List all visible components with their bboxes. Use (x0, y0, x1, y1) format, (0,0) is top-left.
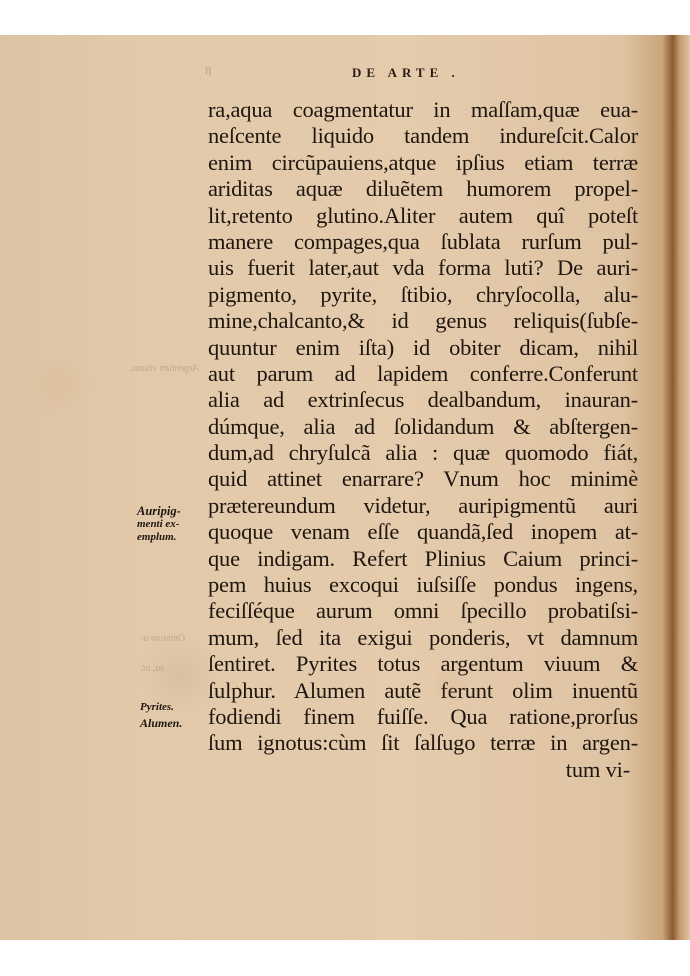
margin-note-line: emplum. (137, 531, 181, 544)
margin-note-pyrites: Pyrites. (140, 701, 174, 714)
text-line: que indigam. Refert Plinius Caium princi… (208, 546, 638, 572)
text-line: mine,chalcanto,& id genus reliquis(ſubſe… (208, 308, 638, 334)
text-line: ſum ignotus:cùm ſit ſalſugo terræ in arg… (208, 730, 638, 756)
text-line: quoque venam eſſe quandã,ſed inopem at- (208, 519, 638, 545)
text-line: manere compages,qua ſublata rurſum pul- (208, 229, 638, 255)
margin-note-line: Auripig- (137, 505, 181, 518)
text-line: lit,retento glutino.Aliter autem quî pot… (208, 203, 638, 229)
text-line: dúmque, alia ad ſolidandum & abſtergen- (208, 414, 638, 440)
text-line: pigmento, pyrite, ſtibio, chryſocolla, a… (208, 282, 638, 308)
text-line: ra,aqua coagmentatur in maſſam,quæ eua- (208, 97, 638, 123)
text-line: ſulphur. Alumen autẽ ferunt olim inuentũ (208, 678, 638, 704)
book-page: 8 DE ARTE . ra,aqua coagmentatur in maſſ… (0, 35, 690, 940)
text-line: mum, ſed ita exigui ponderis, vt damnum (208, 625, 638, 651)
show-through-text: Omnium a- (140, 633, 185, 644)
text-line: prætereundum videtur, auripigmentũ auri (208, 493, 638, 519)
text-line: ſentiret. Pyrites totus argentum viuum & (208, 651, 638, 677)
text-line: pem huius excoqui iuſsiſſe pondus ingens… (208, 572, 638, 598)
catchword: tum vi- (208, 757, 638, 783)
margin-note-line: Alumen. (140, 717, 182, 730)
show-through-text: Argentum viuum. (130, 363, 199, 374)
text-line: quuntur enim iſta) id obiter dicam, nihi… (208, 335, 638, 361)
show-through-text: sa, ut. (140, 663, 164, 674)
text-line: uis fuerit later,aut vda forma luti? De … (208, 255, 638, 281)
running-head: DE ARTE . (352, 65, 460, 81)
margin-note-auripigmentum: Auripig- menti ex- emplum. (137, 505, 181, 544)
margin-note-line: Pyrites. (140, 701, 174, 714)
text-line: enim circũpauiens,atque ipſius etiam ter… (208, 150, 638, 176)
text-line: aut parum ad lapidem conferre.Conferunt (208, 361, 638, 387)
text-line: fodiendi finem fuiſſe. Qua ratione,prorſ… (208, 704, 638, 730)
body-text: ra,aqua coagmentatur in maſſam,quæ eua- … (208, 97, 638, 783)
folio-mark: 8 (205, 63, 212, 79)
text-line: ariditas aquæ diluẽtem humorem propel- (208, 176, 638, 202)
text-line: quid attinet enarrare? Vnum hoc minimè (208, 466, 638, 492)
text-line: feciſſéque aurum omni ſpecillo probatiſs… (208, 598, 638, 624)
text-line: alia ad extrinſecus dealbandum, inauran- (208, 387, 638, 413)
text-line: neſcente liquido tandem indureſcit.Calor (208, 123, 638, 149)
text-line: dum,ad chryſulcã alia : quæ quomodo fiát… (208, 440, 638, 466)
margin-note-line: menti ex- (137, 518, 181, 531)
margin-note-alumen: Alumen. (140, 717, 182, 730)
